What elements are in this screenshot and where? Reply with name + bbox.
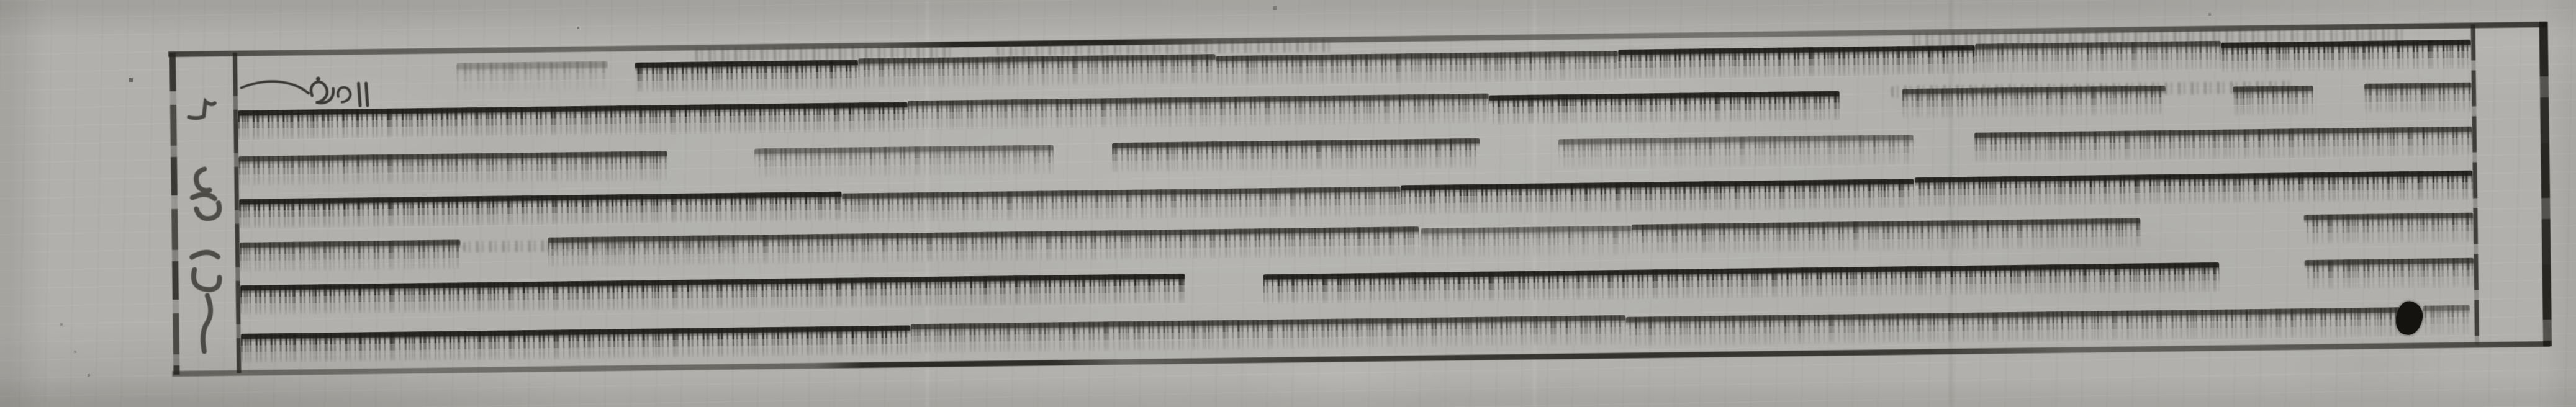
script-segment bbox=[1631, 218, 2141, 254]
script-segment bbox=[1216, 51, 1618, 86]
script-segment bbox=[2303, 212, 2474, 244]
pecha-text-frame bbox=[171, 23, 2547, 375]
margin-column bbox=[171, 52, 237, 375]
script-segment bbox=[240, 274, 1185, 315]
paper-sheet bbox=[0, 0, 2576, 407]
script-segment bbox=[1263, 262, 2219, 304]
script-segment bbox=[635, 60, 859, 92]
script-segment bbox=[1914, 170, 2473, 207]
script-segment bbox=[238, 151, 667, 186]
script-segment bbox=[2221, 39, 2472, 72]
script-segment bbox=[239, 191, 843, 228]
text-line-7 bbox=[241, 305, 2475, 363]
script-segment bbox=[2304, 257, 2474, 289]
script-segment bbox=[1489, 91, 1840, 125]
script-segment bbox=[754, 145, 1054, 178]
script-segment bbox=[456, 61, 608, 92]
scanned-pecha-screenshot bbox=[0, 0, 2576, 407]
text-area bbox=[237, 24, 2475, 373]
script-segment bbox=[241, 325, 911, 364]
script-segment bbox=[911, 315, 1626, 354]
script-segment bbox=[1401, 179, 1915, 215]
script-segment bbox=[1625, 307, 2401, 347]
folio-number-mark bbox=[184, 92, 219, 125]
script-segment bbox=[240, 239, 461, 272]
script-segment bbox=[2364, 82, 2472, 113]
script-segment bbox=[2423, 305, 2470, 336]
script-segment bbox=[842, 186, 1401, 223]
margin-title-vertical-text bbox=[183, 163, 225, 362]
frame-rule-right-double bbox=[2539, 22, 2552, 346]
script-segment bbox=[908, 93, 1489, 130]
script-segment bbox=[1421, 225, 1632, 257]
script-segment bbox=[1112, 138, 1481, 172]
script-segment bbox=[1974, 126, 2472, 162]
script-segment bbox=[1618, 45, 1976, 79]
script-segment bbox=[1558, 135, 1914, 169]
ink-specks bbox=[0, 0, 1, 1]
